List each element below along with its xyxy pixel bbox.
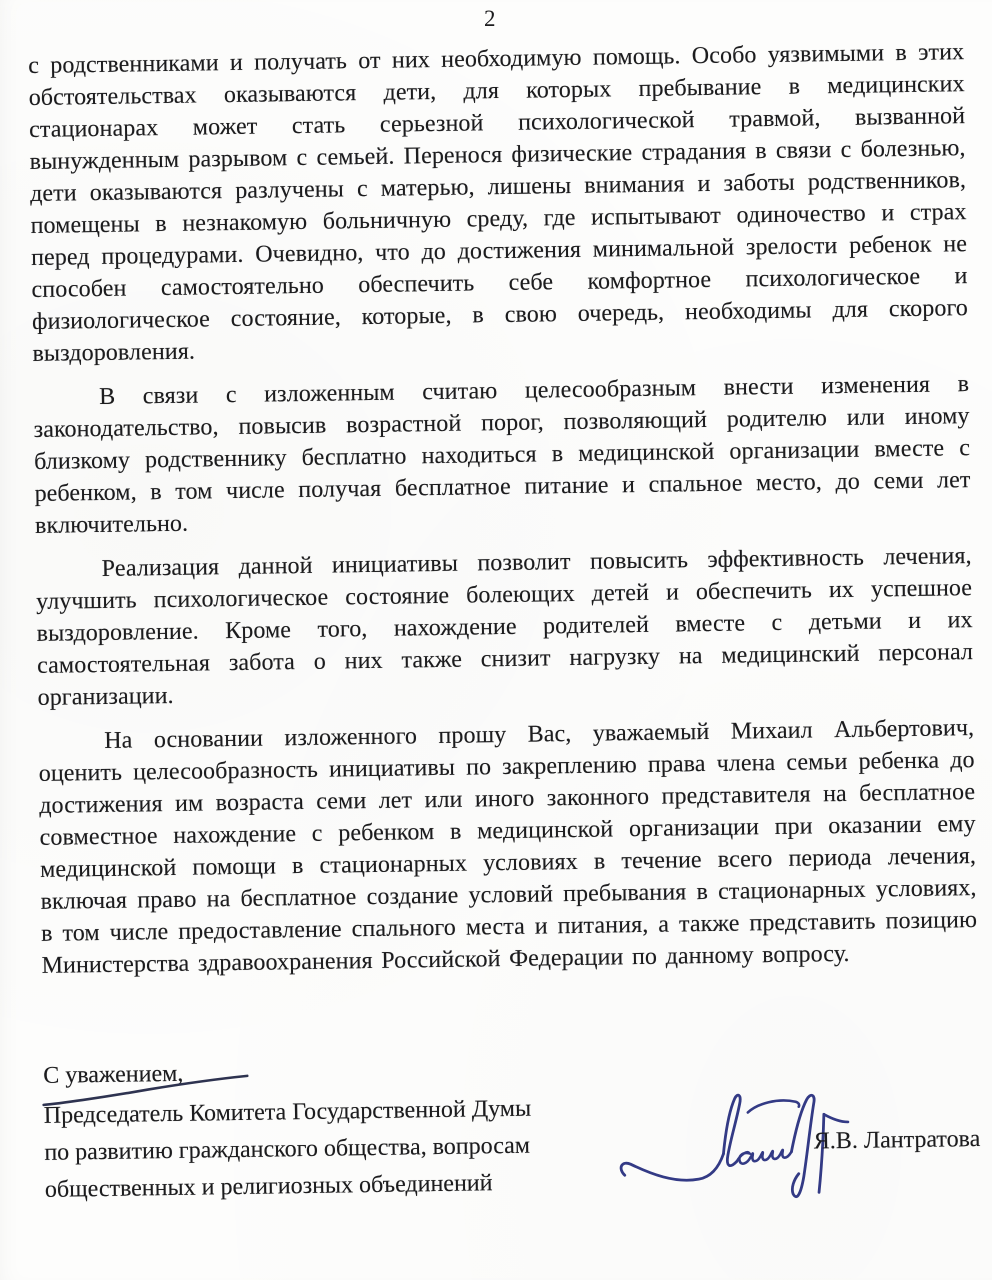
signer-title-block: Председатель Комитета Государственной Ду… bbox=[44, 1090, 606, 1258]
signature-area: Я.В. Лантратова bbox=[603, 1084, 981, 1250]
scanned-letter-page: 2 с родственниками и получать от них нео… bbox=[0, 0, 992, 1280]
letter-body: с родственниками и получать от них необх… bbox=[28, 36, 982, 1258]
body-paragraph-1: с родственниками и получать от них необх… bbox=[28, 36, 969, 370]
signer-title-line-3: общественных и религиозных объединений bbox=[45, 1164, 605, 1209]
body-paragraph-4: На основании изложенного прошу Вас, уваж… bbox=[38, 712, 978, 982]
closing-row: Председатель Комитета Государственной Ду… bbox=[44, 1084, 982, 1258]
signer-name: Я.В. Лантратова bbox=[814, 1126, 981, 1155]
body-paragraph-3: Реализация данной инициативы позволит по… bbox=[35, 540, 973, 714]
salutation: С уважением, bbox=[43, 1061, 183, 1089]
closing-block: С уважением, Председатель Комитета Госуд… bbox=[43, 1046, 982, 1258]
page-number: 2 bbox=[0, 6, 980, 32]
body-paragraph-2: В связи с изложенным считаю целесообразн… bbox=[33, 368, 971, 542]
salutation-row: С уважением, bbox=[43, 1055, 343, 1091]
